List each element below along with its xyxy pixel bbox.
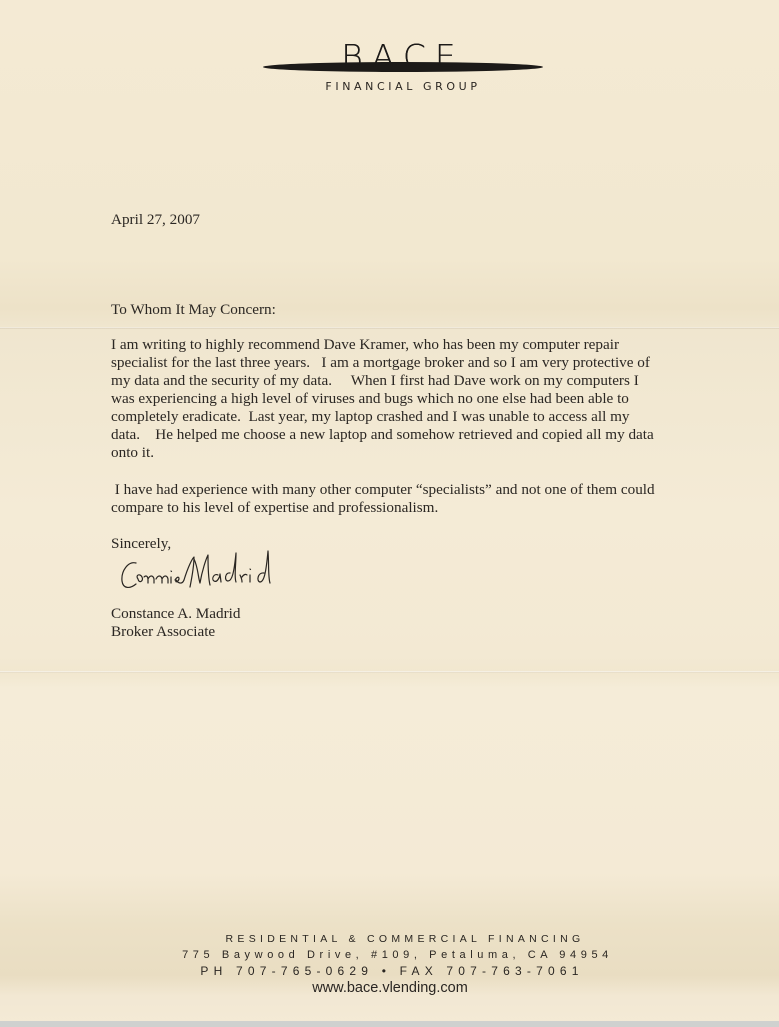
- footer-tagline: RESIDENTIAL & COMMERCIAL FINANCING: [140, 931, 640, 947]
- signer-name: Constance A. Madrid: [111, 605, 241, 623]
- logo-subtitle: FINANCIAL GROUP: [263, 80, 543, 93]
- letter-salutation: To Whom It May Concern:: [111, 301, 276, 319]
- letter-date: April 27, 2007: [111, 211, 200, 229]
- paragraph-line: specialist for the last three years. I a…: [111, 354, 691, 372]
- logo-wordmark: BACE: [313, 40, 493, 74]
- paragraph-line: my data and the security of my data. Whe…: [111, 372, 691, 390]
- paragraph-line: data. He helped me choose a new laptop a…: [111, 426, 691, 444]
- letter-paragraph-1: I am writing to highly recommend Dave Kr…: [111, 336, 691, 462]
- paragraph-line: compare to his level of expertise and pr…: [111, 499, 691, 517]
- handwritten-signature: [118, 547, 308, 603]
- footer-phone-fax: PH 707-765-0629 • FAX 707-763-7061: [140, 963, 640, 979]
- company-logo: BACE FINANCIAL GROUP: [263, 40, 543, 96]
- paper-fold-line-lower: [0, 671, 779, 673]
- letter-paragraph-2: I have had experience with many other co…: [111, 481, 691, 517]
- letterhead-footer: RESIDENTIAL & COMMERCIAL FINANCING 775 B…: [140, 931, 640, 997]
- footer-website-link[interactable]: www.bace.vlending.com: [140, 979, 640, 997]
- paragraph-line: was experiencing a high level of viruses…: [111, 390, 691, 408]
- paragraph-line: I am writing to highly recommend Dave Kr…: [111, 336, 691, 354]
- paragraph-line: I have had experience with many other co…: [111, 481, 691, 499]
- paper-fold-line-upper: [0, 327, 779, 329]
- paragraph-line: onto it.: [111, 444, 691, 462]
- paragraph-line: completely eradicate. Last year, my lapt…: [111, 408, 691, 426]
- footer-address: 775 Baywood Drive, #109, Petaluma, CA 94…: [140, 947, 640, 963]
- signer-title: Broker Associate: [111, 623, 215, 641]
- scan-bottom-edge: [0, 1021, 779, 1027]
